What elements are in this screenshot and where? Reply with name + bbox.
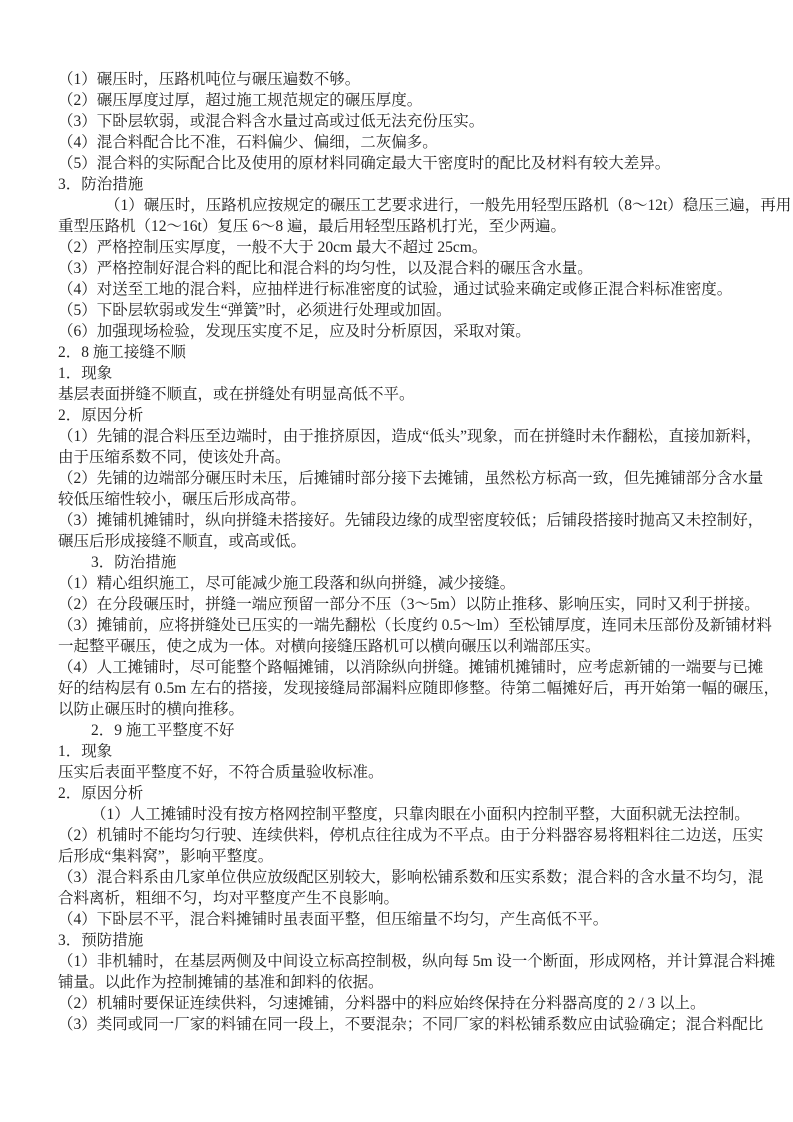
text-line: 铺量。以此作为控制摊铺的基准和卸料的依据。 bbox=[58, 972, 738, 993]
text-line: 基层表面拼缝不顺直，或在拼缝处有明显高低不平。 bbox=[58, 384, 738, 405]
text-line: （5）下卧层软弱或发生“弹簧”时，必须进行处理或加固。 bbox=[58, 300, 738, 321]
text-line: （3）类同或同一厂家的料铺在同一段上，不要混杂；不同厂家的料松铺系数应由试验确定… bbox=[58, 1014, 738, 1035]
text-line: （1）先铺的混合料压至边端时，由于推挤原因，造成“低头”现象，而在拼缝时未作翻松… bbox=[58, 426, 738, 447]
text-line: （4）对送至工地的混合料，应抽样进行标准密度的试验，通过试验来确定或修正混合料标… bbox=[58, 279, 738, 300]
text-line: 后形成“集料窝”，影响平整度。 bbox=[58, 846, 738, 867]
text-line: （2）机辅时要保证连续供料，匀速摊铺，分料器中的料应始终保持在分料器高度的 2 … bbox=[58, 993, 738, 1014]
text-line: （4）下卧层不平，混合料摊铺时虽表面平整，但压缩量不均匀，产生高低不平。 bbox=[58, 909, 738, 930]
text-line: 合料离析，粗细不匀，均对平整度产生不良影响。 bbox=[58, 888, 738, 909]
text-line: 2．9 施工平整度不好 bbox=[91, 720, 738, 741]
text-line: （3）下卧层软弱，或混合料含水量过高或过低无法充份压实。 bbox=[58, 111, 738, 132]
text-line: 较低压缩性较小，碾压后形成高带。 bbox=[58, 489, 738, 510]
text-line: 以防止碾压时的横向推移。 bbox=[58, 699, 738, 720]
document-content: （1）碾压时，压路机吨位与碾压遍数不够。（2）碾压厚度过厚，超过施工规范规定的碾… bbox=[58, 69, 738, 1035]
document-page: （1）碾压时，压路机吨位与碾压遍数不够。（2）碾压厚度过厚，超过施工规范规定的碾… bbox=[0, 0, 793, 1122]
text-line: （3）混合料系由几家单位供应放级配区别较大，影响松铺系数和压实系数；混合料的含水… bbox=[58, 867, 738, 888]
text-line: （3）严格控制好混合料的配比和混合料的均匀性，以及混合料的碾压含水量。 bbox=[58, 258, 738, 279]
text-line: （3）摊铺前，应将拼缝处已压实的一端先翻松（长度约 0.5～lm）至松铺厚度，连… bbox=[58, 615, 738, 636]
text-line: 重型压路机（12～16t）复压 6～8 遍，最后用轻型压路机打光，至少两遍。 bbox=[58, 216, 738, 237]
text-line: 3．防治措施 bbox=[58, 174, 738, 195]
text-line: 1．现象 bbox=[58, 363, 738, 384]
text-line: （2）先铺的边端部分碾压时未压，后摊铺时部分接下去摊铺，虽然松方标高一致，但先摊… bbox=[58, 468, 738, 489]
text-line: （2）在分段碾压时，拼缝一端应预留一部分不压（3～5m）以防止推移、影响压实，同… bbox=[58, 594, 738, 615]
text-line: 由于压缩系数不同，使该处升高。 bbox=[58, 447, 738, 468]
text-line: 2．8 施工接缝不顺 bbox=[58, 342, 738, 363]
text-line: 3．防治措施 bbox=[91, 552, 738, 573]
text-line: 一起整平碾压，使之成为一体。对横向接缝压路机可以横向碾压以利端部压实。 bbox=[58, 636, 738, 657]
text-line: 2．原因分析 bbox=[58, 405, 738, 426]
text-line: 碾压后形成接缝不顺直，或高或低。 bbox=[58, 531, 738, 552]
text-line: （2）机铺时不能均匀行驶、连续供料，停机点往往成为不平点。由于分料器容易将粗料往… bbox=[58, 825, 738, 846]
text-line: （4）混合料配合比不准，石料偏少、偏细，二灰偏多。 bbox=[58, 132, 738, 153]
text-line: （2）碾压厚度过厚，超过施工规范规定的碾压厚度。 bbox=[58, 90, 738, 111]
text-line: （1）碾压时，压路机吨位与碾压遍数不够。 bbox=[58, 69, 738, 90]
text-line: （4）人工摊铺时，尽可能整个路幅摊铺，以消除纵向拼缝。摊铺机摊铺时，应考虑新铺的… bbox=[58, 657, 738, 678]
text-line: 好的结构层有 0.5m 左右的搭接，发现接缝局部漏料应随即修整。待第二幅摊好后，… bbox=[58, 678, 738, 699]
text-line: 3．预防措施 bbox=[58, 930, 738, 951]
text-line: （1）人工摊铺时没有按方格网控制平整度，只靠肉眼在小面积内控制平整，大面积就无法… bbox=[91, 804, 738, 825]
text-line: （5）混合料的实际配合比及使用的原材料同确定最大干密度时的配比及材料有较大差异。 bbox=[58, 153, 738, 174]
text-line: （1）碾压时，压路机应按规定的碾压工艺要求进行，一般先用轻型压路机（8～12t）… bbox=[105, 195, 738, 216]
text-line: 压实后表面平整度不好，不符合质量验收标准。 bbox=[58, 762, 738, 783]
text-line: （1）精心组织施工，尽可能减少施工段落和纵向拼缝，减少接缝。 bbox=[58, 573, 738, 594]
text-line: （1）非机辅时，在基层两侧及中间设立标高控制极，纵向每 5m 设一个断面，形成网… bbox=[58, 951, 738, 972]
text-line: （6）加强现场检验，发现压实度不足，应及时分析原因，采取对策。 bbox=[58, 321, 738, 342]
text-line: 2．原因分析 bbox=[58, 783, 738, 804]
text-line: 1．现象 bbox=[58, 741, 738, 762]
text-line: （3）摊铺机摊铺时，纵向拼缝未搭接好。先铺段边缘的成型密度较低；后铺段搭接时抛高… bbox=[58, 510, 738, 531]
text-line: （2）严格控制压实厚度，一般不大于 20cm 最大不超过 25cm。 bbox=[58, 237, 738, 258]
